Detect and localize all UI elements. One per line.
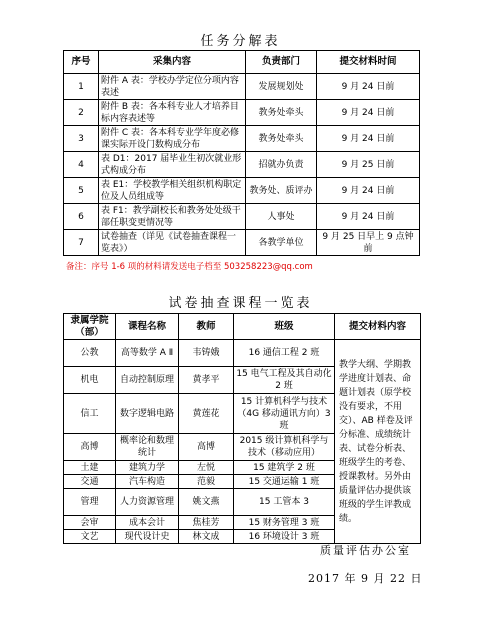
row-teacher: 左悦 (179, 461, 234, 475)
row-course: 现代设计史 (116, 530, 179, 544)
row-time: 9 月 24 日前 (317, 204, 420, 230)
header-course: 课程名称 (116, 314, 179, 340)
table-row: 3 附件 C 表：各本科专业学年度必修课实际开设门数构成分布 教务处牵头 9 月… (64, 126, 420, 152)
table-row: 6 表 F1：教学副校长和教务处处级干部任职变更情况等 人事处 9 月 24 日… (64, 204, 420, 230)
row-class: 2015 级计算机科学与技术（移动应用） (234, 434, 335, 461)
row-time: 9 月 25 日早上 9 点钟前 (317, 230, 420, 256)
row-class: 16 通信工程 2 班 (234, 340, 335, 367)
row-college: 公教 (64, 340, 116, 367)
row-no: 2 (64, 100, 99, 126)
row-content: 表 F1：教学副校长和教务处处级干部任职变更情况等 (99, 204, 246, 230)
row-dept: 教务处、质评办 (246, 178, 317, 204)
row-college: 交通 (64, 475, 116, 489)
table-row: 2 附件 B 表：各本科专业人才培养目标内容表述等 教务处牵头 9 月 24 日… (64, 100, 420, 126)
row-content: 试卷抽查（详见《试卷抽查课程一览表》） (99, 230, 246, 256)
row-teacher: 黄孝平 (179, 367, 234, 394)
row-no: 6 (64, 204, 99, 230)
row-time: 9 月 24 日前 (317, 178, 420, 204)
row-class: 15 计算机科学与技术（4G 移动通讯方向）3 班 (234, 394, 335, 434)
row-college: 会审 (64, 516, 116, 530)
table-row: 4 表 D1：2017 届毕业生初次就业形式构成分布 招就办负责 9 月 25 … (64, 152, 420, 178)
header-no: 序号 (64, 51, 99, 74)
row-no: 5 (64, 178, 99, 204)
header-time: 提交材料时间 (317, 51, 420, 74)
row-teacher: 林文成 (179, 530, 234, 544)
row-dept: 发展规划处 (246, 74, 317, 100)
row-no: 3 (64, 126, 99, 152)
row-time: 9 月 24 日前 (317, 100, 420, 126)
row-class: 15 交通运输 1 班 (234, 475, 335, 489)
row-course: 汽车构造 (116, 475, 179, 489)
row-teacher: 焦桂芳 (179, 516, 234, 530)
table-row: 5 表 E1：学校教学相关组织机构职定位及人员组成等 教务处、质评办 9 月 2… (64, 178, 420, 204)
header-materials: 提交材料内容 (335, 314, 421, 340)
email-note: 备注：序号 1-6 项的材料请发送电子档至 503258223@qq.com (66, 260, 313, 272)
row-college: 土建 (64, 461, 116, 475)
row-teacher: 韦铸娥 (179, 340, 234, 367)
row-teacher: 范毅 (179, 475, 234, 489)
header-teacher: 教师 (179, 314, 234, 340)
row-course: 成本会计 (116, 516, 179, 530)
row-course: 高等数学 A Ⅱ (116, 340, 179, 367)
row-college: 管理 (64, 489, 116, 516)
row-class: 15 工管本 3 (234, 489, 335, 516)
row-no: 4 (64, 152, 99, 178)
header-college: 隶属学院（部） (64, 314, 116, 340)
task-table-header: 序号 采集内容 负责部门 提交材料时间 (64, 51, 420, 74)
exam-table-header: 隶属学院（部） 课程名称 教师 班级 提交材料内容 (64, 314, 421, 340)
row-course: 概率论和数理统计 (116, 434, 179, 461)
row-dept: 教务处牵头 (246, 100, 317, 126)
exam-table-title: 试卷抽查课程一览表 (0, 292, 481, 311)
row-content: 表 E1：学校教学相关组织机构职定位及人员组成等 (99, 178, 246, 204)
row-teacher: 高博 (179, 434, 234, 461)
header-dept: 负责部门 (246, 51, 317, 74)
exam-table: 隶属学院（部） 课程名称 教师 班级 提交材料内容 公教 高等数学 A Ⅱ 韦铸… (63, 313, 421, 544)
row-college: 机电 (64, 367, 116, 394)
row-class: 15 财务管理 3 班 (234, 516, 335, 530)
row-content: 附件 C 表：各本科专业学年度必修课实际开设门数构成分布 (99, 126, 246, 152)
row-college: 文艺 (64, 530, 116, 544)
row-dept: 教务处牵头 (246, 126, 317, 152)
signature-date: 2017 年 9 月 22 日 (308, 570, 422, 586)
row-teacher: 黄莲花 (179, 394, 234, 434)
row-course: 人力资源管理 (116, 489, 179, 516)
row-no: 1 (64, 74, 99, 100)
header-class: 班级 (234, 314, 335, 340)
table-row: 7 试卷抽查（详见《试卷抽查课程一览表》） 各教学单位 9 月 25 日早上 9… (64, 230, 420, 256)
row-college: 信工 (64, 394, 116, 434)
row-dept: 招就办负责 (246, 152, 317, 178)
row-time: 9 月 24 日前 (317, 74, 420, 100)
table-row: 1 附件 A 表：学校办学定位分项内容表述 发展规划处 9 月 24 日前 (64, 74, 420, 100)
row-course: 数字逻辑电路 (116, 394, 179, 434)
table-row: 公教 高等数学 A Ⅱ 韦铸娥 16 通信工程 2 班 教学大纲、学期教学进度计… (64, 340, 421, 367)
task-table-title: 任务分解表 (0, 30, 481, 49)
row-dept: 各教学单位 (246, 230, 317, 256)
row-time: 9 月 25 日前 (317, 152, 420, 178)
row-course: 建筑力学 (116, 461, 179, 475)
signature-office: 质量评估办公室 (320, 542, 411, 558)
materials-content: 教学大纲、学期教学进度计划表、命题计划表（原学校没有要求，不用交）、AB 样卷及… (335, 340, 421, 544)
row-dept: 人事处 (246, 204, 317, 230)
row-time: 9 月 24 日前 (317, 126, 420, 152)
row-content: 表 D1：2017 届毕业生初次就业形式构成分布 (99, 152, 246, 178)
row-content: 附件 B 表：各本科专业人才培养目标内容表述等 (99, 100, 246, 126)
row-college: 高博 (64, 434, 116, 461)
header-content: 采集内容 (99, 51, 246, 74)
row-class: 15 建筑学 2 班 (234, 461, 335, 475)
row-no: 7 (64, 230, 99, 256)
task-table: 序号 采集内容 负责部门 提交材料时间 1 附件 A 表：学校办学定位分项内容表… (63, 50, 420, 256)
row-course: 自动控制原理 (116, 367, 179, 394)
row-teacher: 姚文燕 (179, 489, 234, 516)
row-content: 附件 A 表：学校办学定位分项内容表述 (99, 74, 246, 100)
row-class: 15 电气工程及其自动化 2 班 (234, 367, 335, 394)
